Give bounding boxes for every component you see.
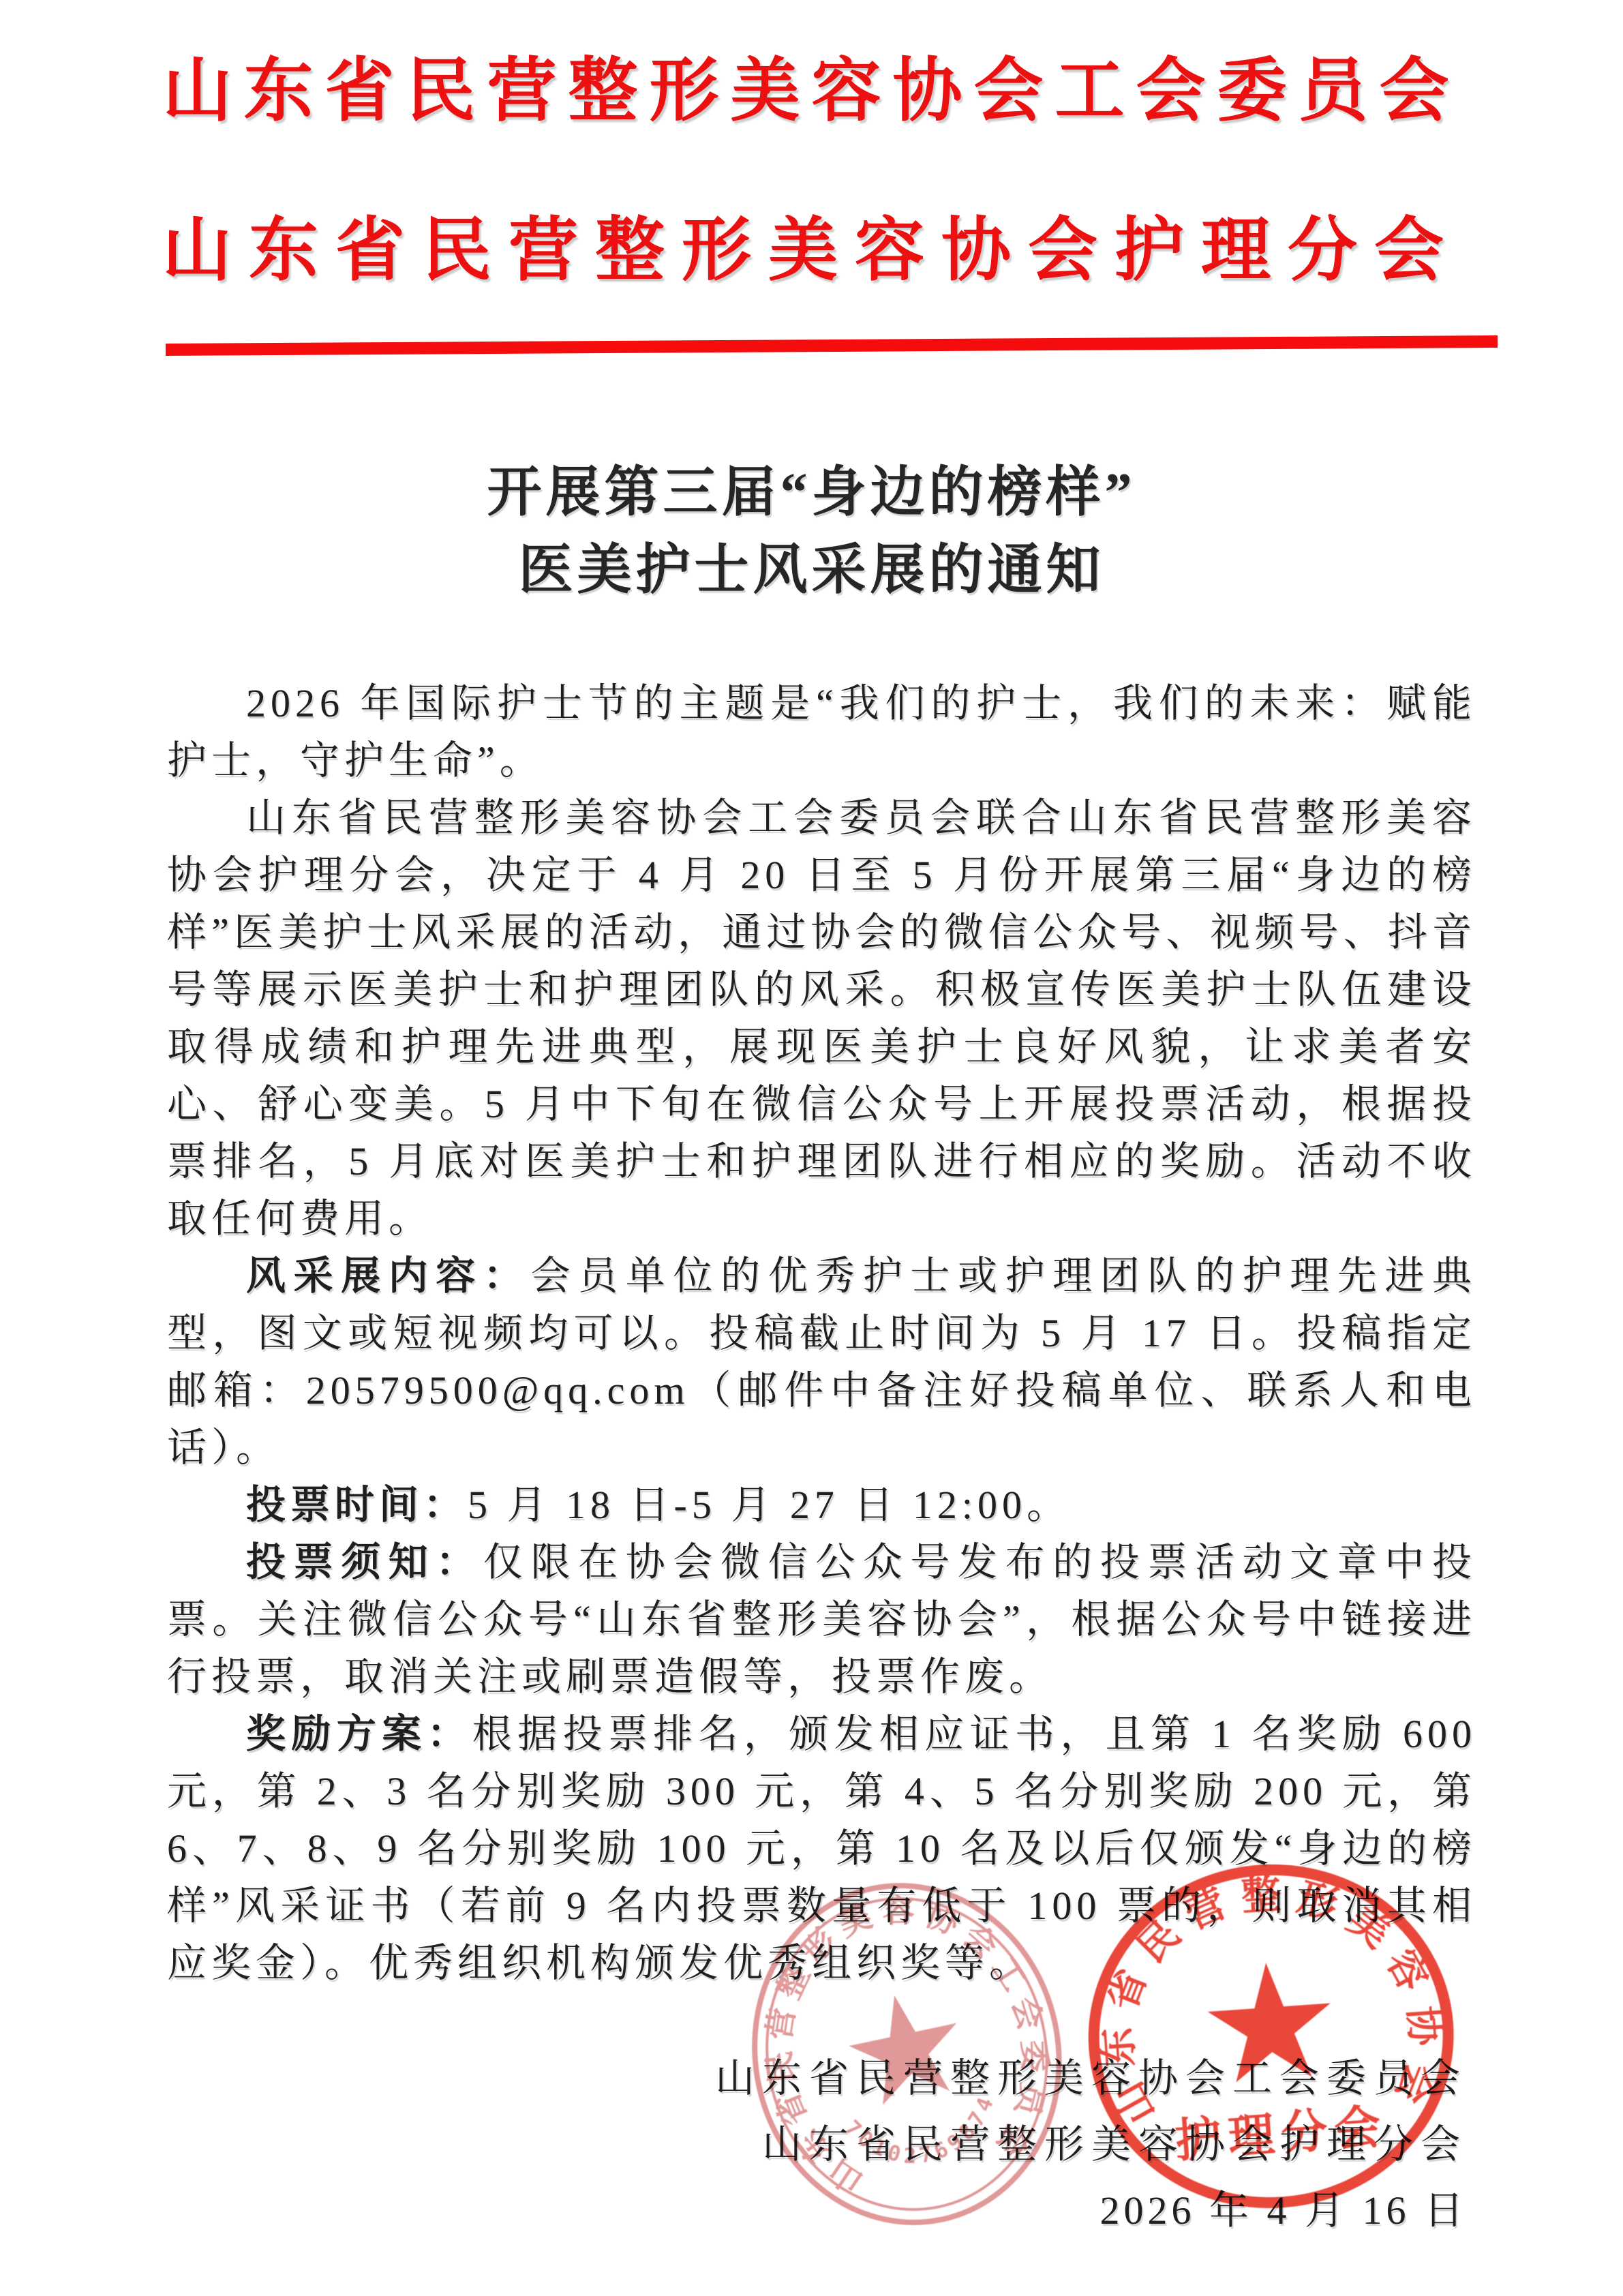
document-title: 开展第三届“身边的榜样” 医美护士风采展的通知 (0, 454, 1623, 609)
notice-body: 2026 年国际护士节的主题是“我们的护士，我们的未来：赋能护士，守护生命”。 … (167, 675, 1476, 1992)
paragraph-vote-time: 投票时间：5 月 18 日-5 月 27 日 12:00。 (167, 1477, 1476, 1534)
paragraph-text: 5 月 18 日-5 月 27 日 12:00。 (468, 1483, 1071, 1527)
signature-org-line-1: 山东省民营整形美容协会工会委员会 (0, 2045, 1468, 2111)
notice-document-page: 山东省民营整形美容协会工会委员会 山东省民营整形美容协会护理分会 开展第三届“身… (0, 0, 1623, 2296)
paragraph-vote-rules: 投票须知：仅限在协会微信公众号发布的投票活动文章中投票。关注微信公众号“山东省整… (167, 1534, 1476, 1706)
paragraph-lead: 投票须知： (246, 1540, 483, 1584)
signature-block: 山东省民营整形美容协会工会委员会 山东省民营整形美容协会护理分会 2026 年 … (0, 2045, 1623, 2244)
document-title-line-1: 开展第三届“身边的榜样” (0, 454, 1623, 532)
paragraph-text: 2026 年国际护士节的主题是“我们的护士，我们的未来：赋能护士，守护生命”。 (167, 681, 1476, 783)
paragraph-lead: 投票时间： (246, 1483, 468, 1527)
letterhead-org-line-1: 山东省民营整形美容协会工会委员会 (0, 56, 1623, 128)
paragraph-lead: 奖励方案： (246, 1712, 472, 1756)
letterhead: 山东省民营整形美容协会工会委员会 山东省民营整形美容协会护理分会 (0, 0, 1623, 352)
letterhead-divider-rule (166, 335, 1498, 356)
paragraph-lead: 风采展内容： (246, 1254, 531, 1298)
paragraph-award-plan: 奖励方案：根据投票排名，颁发相应证书，且第 1 名奖励 600 元，第 2、3 … (167, 1706, 1476, 1992)
document-title-line-2: 医美护士风采展的通知 (0, 532, 1623, 609)
paragraph-exhibition-content: 风采展内容：会员单位的优秀护士或护理团队的护理先进典型，图文或短视频均可以。投稿… (167, 1248, 1476, 1477)
signature-org-line-2: 山东省民营整形美容协会护理分会 (0, 2111, 1468, 2177)
paragraph-theme: 2026 年国际护士节的主题是“我们的护士，我们的未来：赋能护士，守护生命”。 (167, 675, 1476, 789)
paragraph-text: 山东省民营整形美容协会工会委员会联合山东省民营整形美容协会护理分会，决定于 4 … (167, 796, 1476, 1241)
paragraph-activity-intro: 山东省民营整形美容协会工会委员会联合山东省民营整形美容协会护理分会，决定于 4 … (167, 789, 1476, 1248)
signature-date: 2026 年 4 月 16 日 (0, 2177, 1468, 2244)
letterhead-org-line-2: 山东省民营整形美容协会护理分会 (0, 215, 1623, 288)
